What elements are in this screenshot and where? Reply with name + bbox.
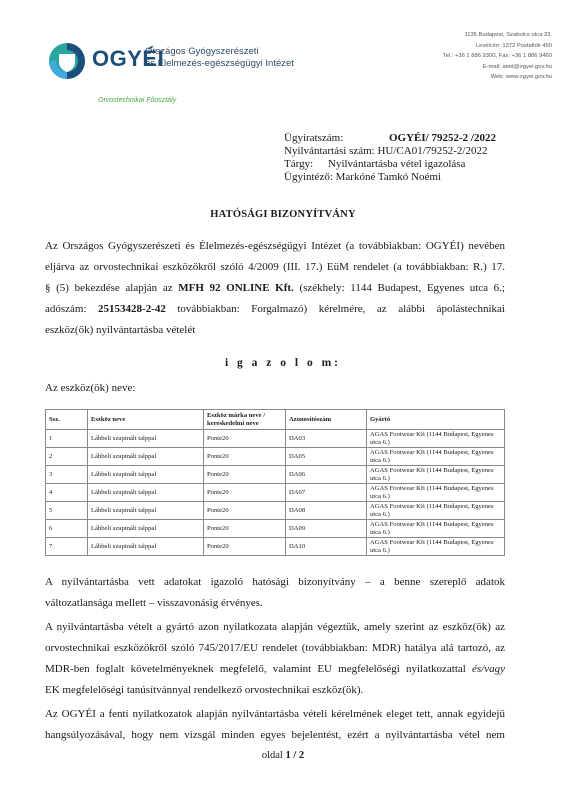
cell-manufacturer: AGAS Footwear Kft (1144 Budapest, Egyene…	[367, 448, 505, 466]
ogyei-paragraph: Az OGYÉI a fenti nyilatkozatok alapján n…	[45, 704, 505, 746]
cell-brand: Ponte20	[204, 502, 286, 520]
tax-number: 25153428-2-42	[98, 303, 166, 315]
org-name-line-1: Országos Gyógyszerészeti	[145, 46, 294, 58]
cell-brand: Ponte20	[204, 520, 286, 538]
devices-table: Ssz. Eszköz neve Eszköz márka neve / ker…	[45, 409, 505, 556]
cell-identifier: DA09	[286, 520, 367, 538]
cell-identifier: DA08	[286, 502, 367, 520]
contact-block: 1135 Budapest, Szabolcs utca 33. Levélcí…	[443, 30, 552, 83]
handler-row: Ügyintéző: Markóné Tamkó Noémi	[284, 171, 496, 184]
col-header-number: Ssz.	[46, 410, 88, 430]
intro-line-5: eszköz(ök) nyilvántartásba vételét	[45, 320, 505, 341]
cell-brand: Ponte20	[204, 484, 286, 502]
file-number-label: Ügyiratszám:	[284, 132, 389, 145]
cell-device-name: Lábbeli szupinált talppal	[88, 520, 204, 538]
col-header-brand-name: Eszköz márka neve / kereskedelmi neve	[204, 410, 286, 430]
table-row: 1 Lábbeli szupinált talppal Ponte20 DA03…	[46, 430, 505, 448]
validity-line-1: A nyilvántartásba vett adatokat igazoló …	[45, 572, 505, 593]
cell-identifier: DA10	[286, 538, 367, 556]
cell-brand: Ponte20	[204, 430, 286, 448]
basis-line-2: orvostechnikai eszközökről szóló 745/201…	[45, 638, 505, 659]
basis-line-3: MDR-ben foglalt követelményeknek megfele…	[45, 659, 505, 680]
intro-line-3-a: § (5) bekezdése alapján az	[45, 282, 178, 294]
registry-number-label: Nyilvántartási szám:	[284, 145, 375, 157]
ogyei-line-1: Az OGYÉI a fenti nyilatkozatok alapján n…	[45, 704, 505, 725]
contact-address: 1135 Budapest, Szabolcs utca 33.	[443, 30, 552, 41]
table-row: 5 Lábbeli szupinált talppal Ponte20 DA08…	[46, 502, 505, 520]
basis-paragraph: A nyilvántartásba vételt a gyártó azon n…	[45, 617, 505, 701]
handler-label: Ügyintéző:	[284, 171, 333, 183]
cell-device-name: Lábbeli szupinált talppal	[88, 484, 204, 502]
cell-manufacturer: AGAS Footwear Kft (1144 Budapest, Egyene…	[367, 520, 505, 538]
contact-web: Web: www.ogyei.gov.hu	[443, 72, 552, 83]
cell-device-name: Lábbeli szupinált talppal	[88, 502, 204, 520]
cell-brand: Ponte20	[204, 448, 286, 466]
cell-brand: Ponte20	[204, 466, 286, 484]
intro-line-2: eljárva az orvostechnikai eszközökről sz…	[45, 257, 505, 278]
page-label: oldal	[262, 750, 286, 761]
devices-label: Az eszköz(ök) neve:	[45, 382, 135, 394]
validity-paragraph: A nyilvántartásba vett adatokat igazoló …	[45, 572, 505, 614]
subject-value: Nyilvántartásba vétel igazolása	[328, 158, 465, 170]
intro-line-4: adószám: 25153428-2-42 továbbiakban: For…	[45, 299, 505, 320]
file-number-value: OGYÉI/ 79252-2 /2022	[389, 132, 496, 144]
ogyei-line-2: hangsúlyozásával, hogy nem vizsgál minde…	[45, 725, 505, 746]
intro-line-3-b: (székhely: 1144 Budapest, Egyenes utca 6…	[294, 282, 505, 294]
registry-number-row: Nyilvántartási szám: HU/CA01/79252-2/202…	[284, 145, 496, 158]
validity-line-2: változatlansága mellett – visszavonásig …	[45, 593, 505, 614]
cell-identifier: DA07	[286, 484, 367, 502]
table-row: 6 Lábbeli szupinált talppal Ponte20 DA09…	[46, 520, 505, 538]
cell-identifier: DA05	[286, 448, 367, 466]
intro-line-3: § (5) bekezdése alapján az MFH 92 ONLINE…	[45, 278, 505, 299]
registry-number-value: HU/CA01/79252-2/2022	[377, 145, 487, 157]
cell-device-name: Lábbeli szupinált talppal	[88, 466, 204, 484]
intro-line-4-a: adószám:	[45, 303, 98, 315]
intro-line-4-b: továbbiakban: Forgalmazó) kérelmére, az …	[166, 303, 505, 315]
cell-number: 7	[46, 538, 88, 556]
col-header-manufacturer: Gyártó	[367, 410, 505, 430]
basis-line-3-italic: és/vagy	[472, 663, 505, 675]
basis-line-3-a: MDR-ben foglalt követelményeknek megfele…	[45, 663, 472, 675]
document-title: HATÓSÁGI BIZONYÍTVÁNY	[0, 209, 566, 220]
basis-line-1: A nyilvántartásba vételt a gyártó azon n…	[45, 617, 505, 638]
cell-number: 4	[46, 484, 88, 502]
org-name-line-2: és Élelmezés-egészségügyi Intézet	[145, 58, 294, 70]
cell-device-name: Lábbeli szupinált talppal	[88, 430, 204, 448]
cell-brand: Ponte20	[204, 538, 286, 556]
table-row: 7 Lábbeli szupinált talppal Ponte20 DA10…	[46, 538, 505, 556]
cell-identifier: DA06	[286, 466, 367, 484]
handler-value: Markóné Tamkó Noémi	[336, 171, 441, 183]
company-name: MFH 92 ONLINE Kft.	[178, 282, 294, 294]
contact-email: E-mail: amd@ogyei.gov.hu	[443, 62, 552, 73]
cell-identifier: DA03	[286, 430, 367, 448]
contact-phone-fax: Tel.: +36 1 886 9300, Fax: +36 1 886 946…	[443, 51, 552, 62]
subject-label: Tárgy:	[284, 158, 328, 171]
cell-number: 1	[46, 430, 88, 448]
cell-device-name: Lábbeli szupinált talppal	[88, 448, 204, 466]
ogyei-logo-icon	[48, 42, 86, 80]
cell-manufacturer: AGAS Footwear Kft (1144 Budapest, Egyene…	[367, 502, 505, 520]
cell-manufacturer: AGAS Footwear Kft (1144 Budapest, Egyene…	[367, 484, 505, 502]
col-header-identifier: Azonosítószám	[286, 410, 367, 430]
cell-number: 2	[46, 448, 88, 466]
cell-manufacturer: AGAS Footwear Kft (1144 Budapest, Egyene…	[367, 466, 505, 484]
cell-number: 5	[46, 502, 88, 520]
contact-postal: Levélcím: 1372 Postafiók 450	[443, 41, 552, 52]
certify-heading: i g a z o l o m:	[0, 357, 566, 369]
cell-number: 6	[46, 520, 88, 538]
page-number: 1 / 2	[285, 750, 304, 761]
col-header-device-name: Eszköz neve	[88, 410, 204, 430]
organization-name: Országos Gyógyszerészeti és Élelmezés-eg…	[145, 46, 294, 70]
basis-line-4: EK megfelelőségi tanúsítvánnyal rendelke…	[45, 680, 505, 701]
table-row: 4 Lábbeli szupinált talppal Ponte20 DA07…	[46, 484, 505, 502]
table-header-row: Ssz. Eszköz neve Eszköz márka neve / ker…	[46, 410, 505, 430]
cell-device-name: Lábbeli szupinált talppal	[88, 538, 204, 556]
case-info: Ügyiratszám:OGYÉI/ 79252-2 /2022 Nyilván…	[284, 132, 496, 184]
intro-line-1: Az Országos Gyógyszerészeti és Élelmezés…	[45, 236, 505, 257]
cell-manufacturer: AGAS Footwear Kft (1144 Budapest, Egyene…	[367, 538, 505, 556]
file-number-row: Ügyiratszám:OGYÉI/ 79252-2 /2022	[284, 132, 496, 145]
table-row: 2 Lábbeli szupinált talppal Ponte20 DA05…	[46, 448, 505, 466]
table-row: 3 Lábbeli szupinált talppal Ponte20 DA06…	[46, 466, 505, 484]
cell-manufacturer: AGAS Footwear Kft (1144 Budapest, Egyene…	[367, 430, 505, 448]
department-name: Orvostechnikai Főosztály	[98, 97, 176, 104]
cell-number: 3	[46, 466, 88, 484]
page-footer: oldal 1 / 2	[0, 750, 566, 761]
subject-row: Tárgy:Nyilvántartásba vétel igazolása	[284, 158, 496, 171]
intro-paragraph: Az Országos Gyógyszerészeti és Élelmezés…	[45, 236, 505, 341]
